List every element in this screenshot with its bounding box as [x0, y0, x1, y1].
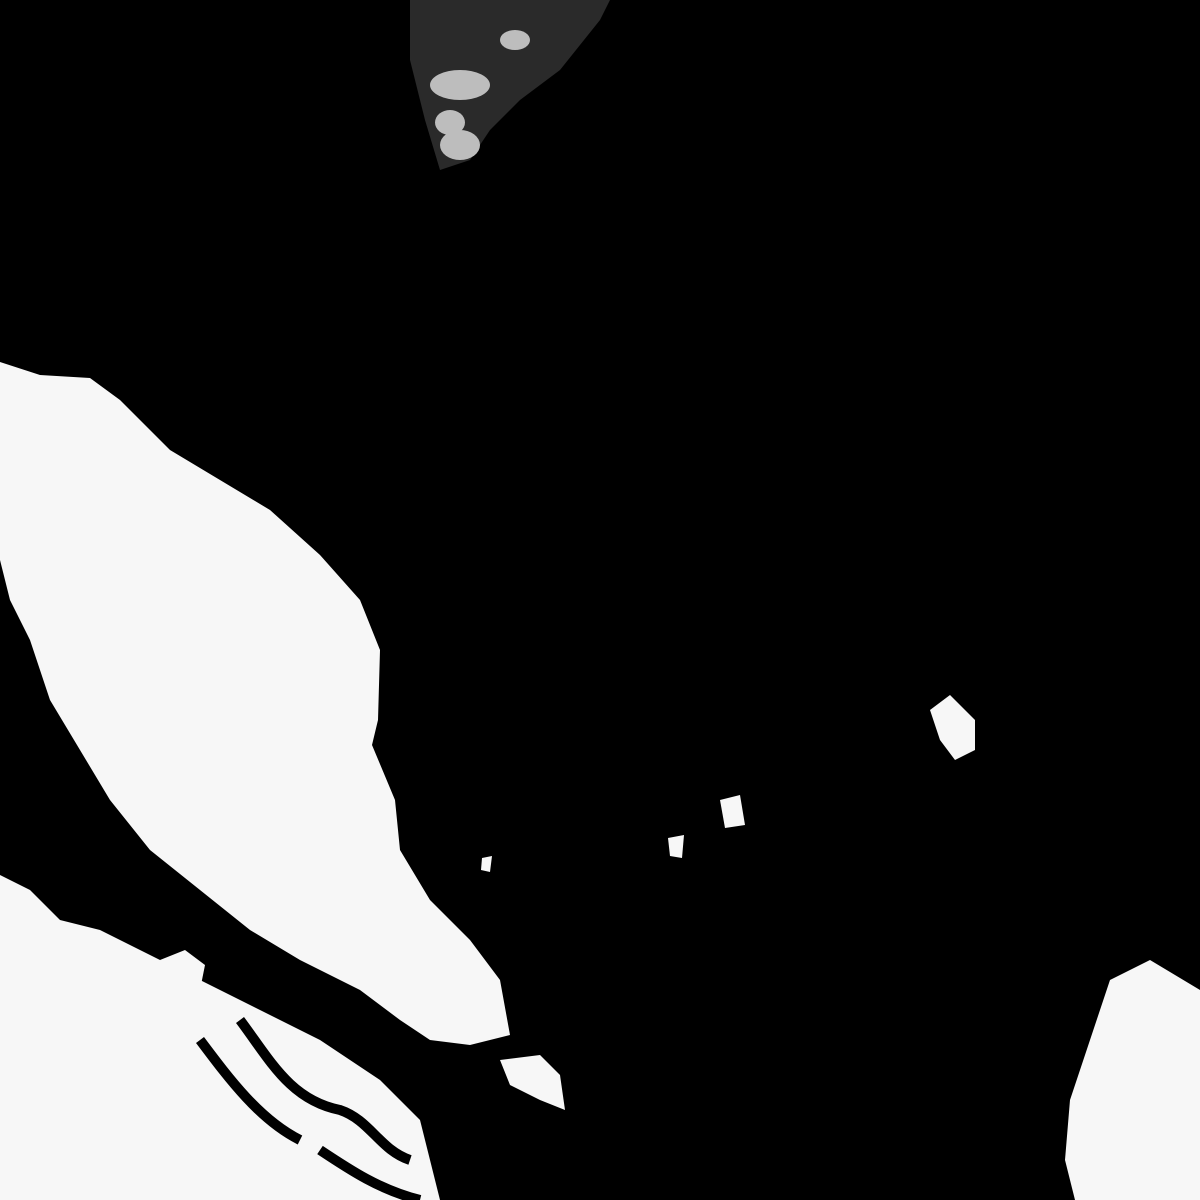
land-speckle — [435, 110, 465, 135]
anambas-islands — [720, 795, 745, 828]
riau-islands — [500, 1055, 565, 1110]
small-island — [668, 835, 684, 858]
borneo — [1065, 960, 1200, 1200]
land-mask-layer — [0, 0, 1200, 1200]
land-speckle — [500, 30, 530, 50]
satellite-map — [0, 0, 1200, 1200]
land-speckle — [430, 70, 490, 100]
natuna-island — [930, 695, 975, 760]
small-island — [481, 856, 492, 872]
